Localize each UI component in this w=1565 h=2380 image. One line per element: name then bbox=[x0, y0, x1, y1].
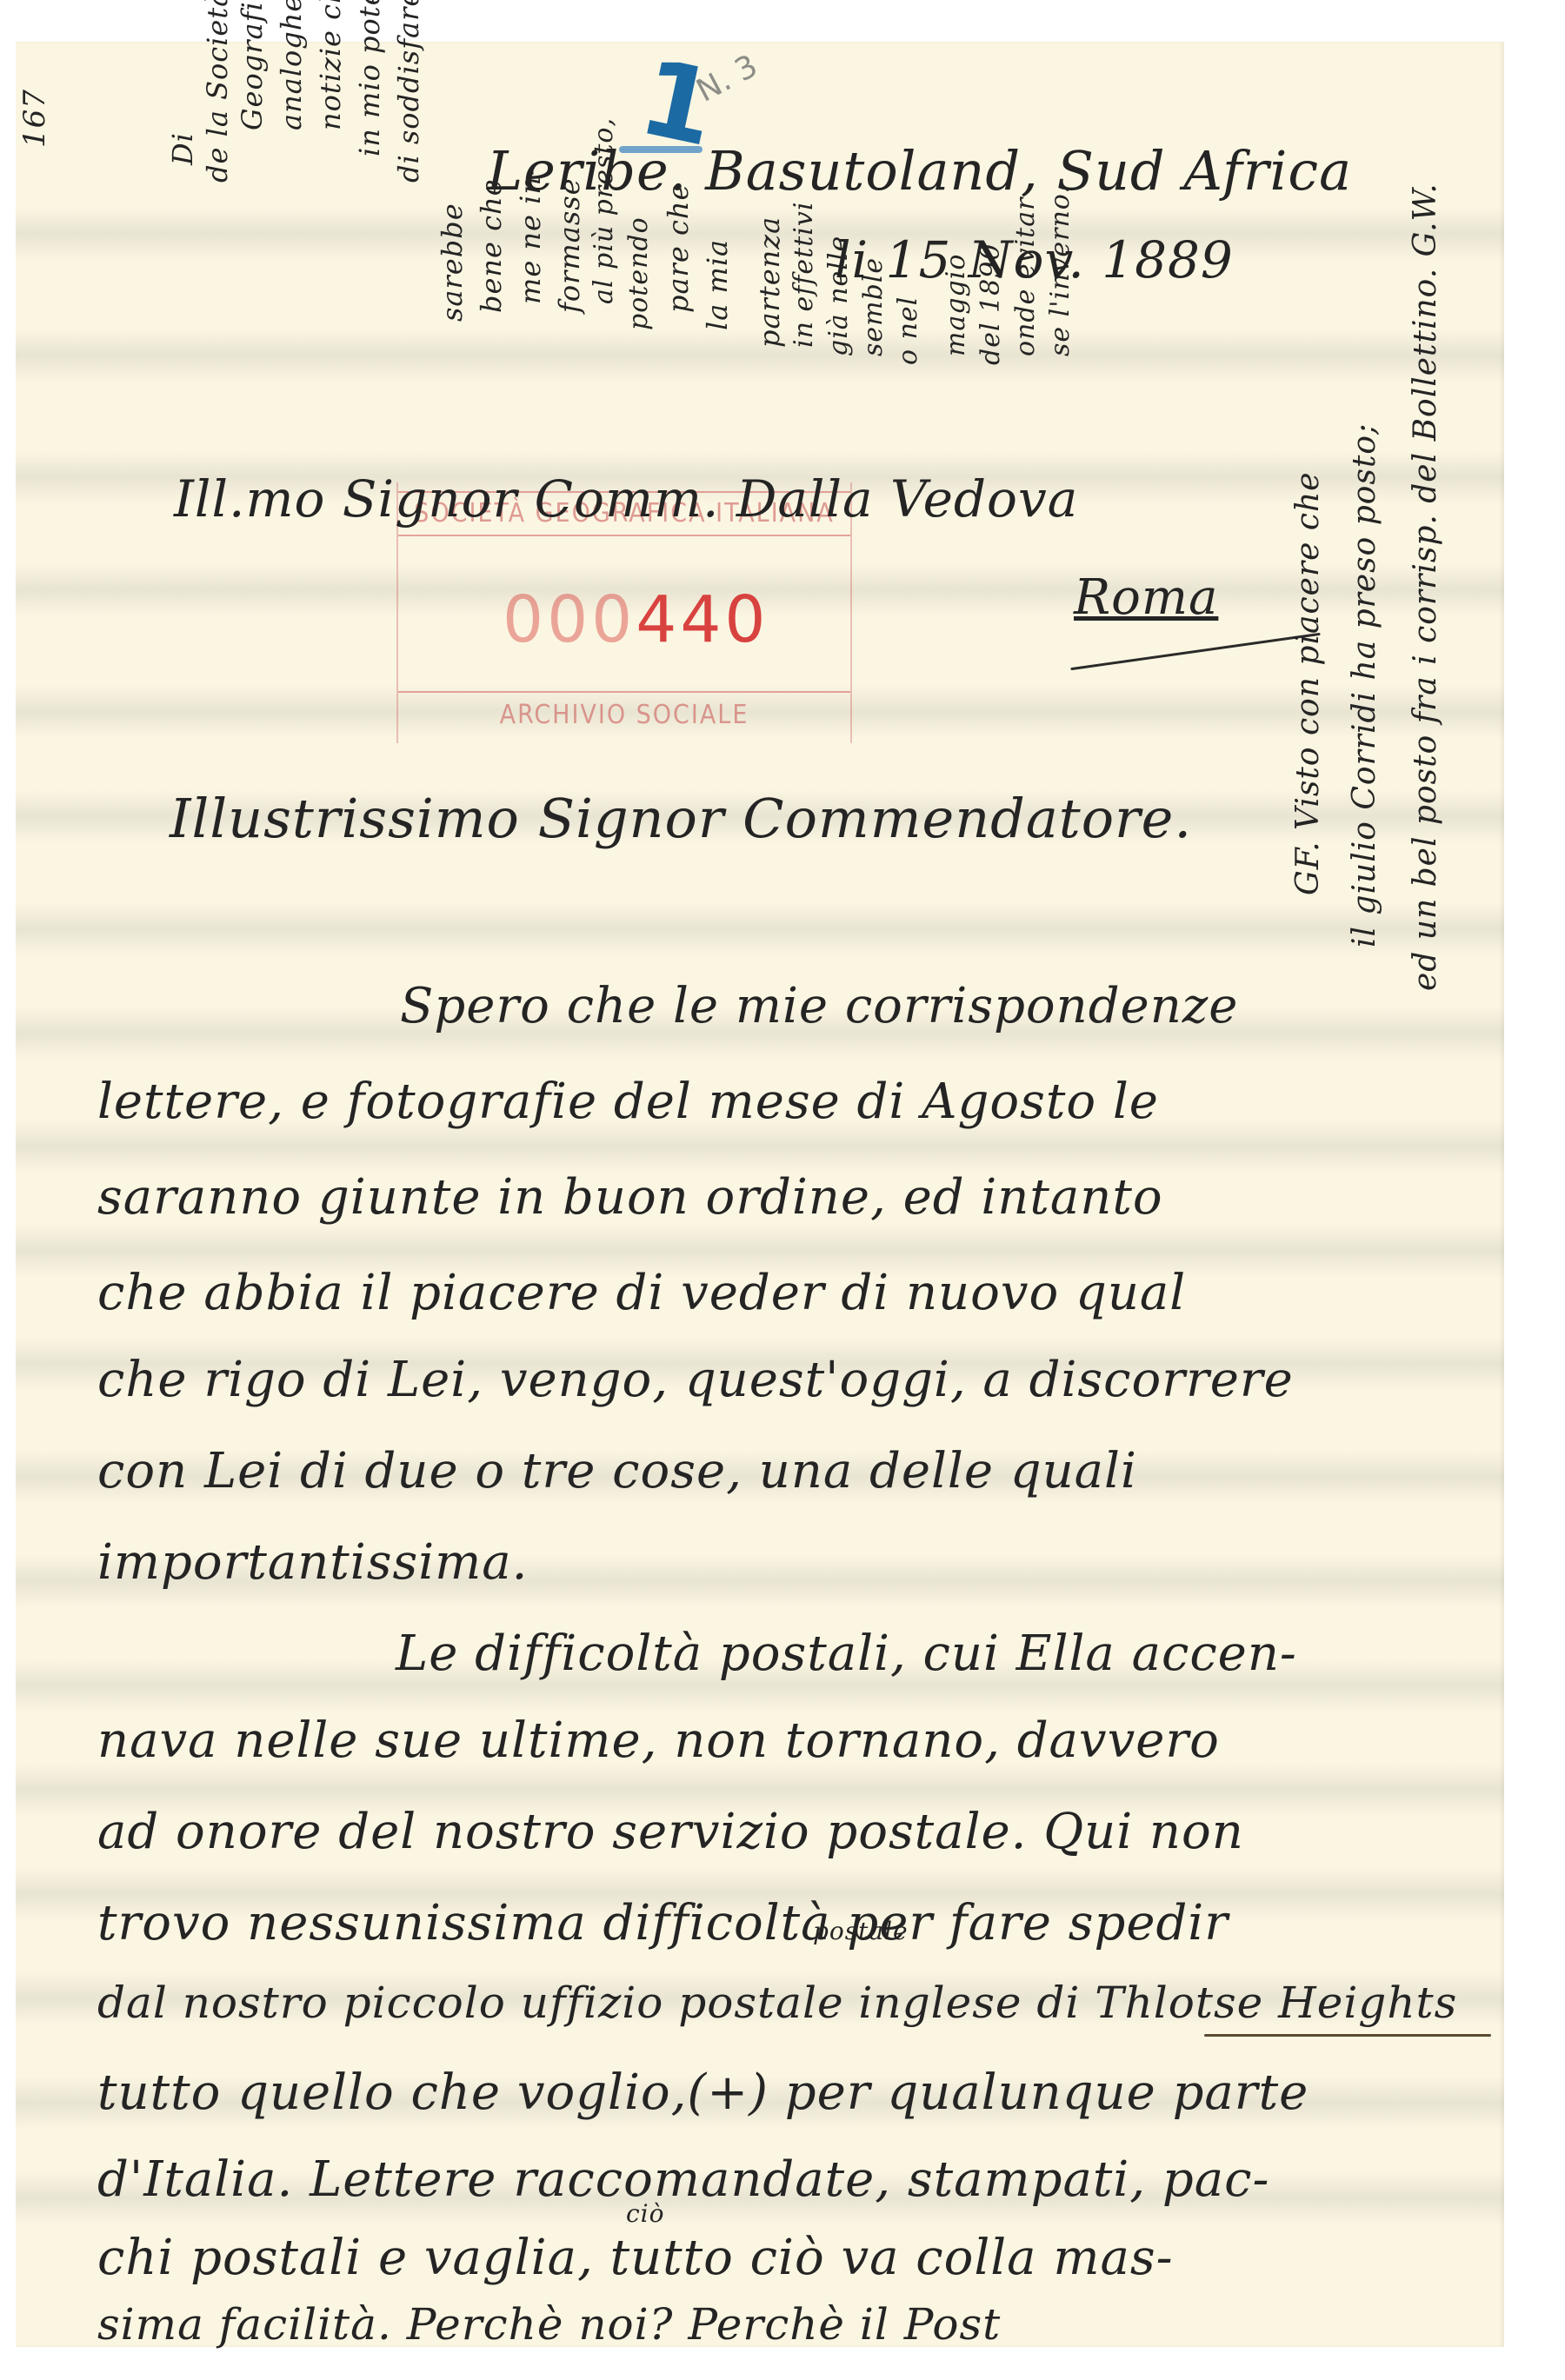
body-line: nava nelle sue ultime, non tornano, davv… bbox=[97, 1712, 1220, 1769]
body-line: Spero che le mie corrispondenze bbox=[400, 978, 1238, 1034]
body-line: dal nostro piccolo uffizio postale ingle… bbox=[97, 1978, 1457, 2028]
addressee-line: Ill.mo Signor Comm. Dalla Vedova bbox=[174, 469, 1078, 529]
body-line: lettere, e fotografie del mese di Agosto… bbox=[97, 1074, 1159, 1130]
body-line: importantissima. bbox=[97, 1534, 528, 1591]
body-line: d'Italia. Lettere raccomandate, stampati… bbox=[97, 2151, 1269, 2208]
body-line: Le difficoltà postali, cui Ella accen- bbox=[396, 1625, 1297, 1682]
body-line: che abbia il piacere di veder di nuovo q… bbox=[97, 1265, 1186, 1321]
underline-thlotse bbox=[1204, 2034, 1491, 2037]
body-line: ad onore del nostro servizio postale. Qu… bbox=[97, 1804, 1244, 1860]
stamp-bottom-text: ARCHIVIO SOCIALE bbox=[407, 700, 842, 730]
body-line: sima facilità. Perchè noi? Perchè il Pos… bbox=[97, 2299, 1001, 2350]
salutation: Illustrissimo Signor Commendatore. bbox=[170, 787, 1192, 850]
city-line: Roma bbox=[1074, 569, 1218, 626]
interlinear-insertion: postale bbox=[813, 1917, 909, 1945]
body-line: chi postali e vaglia, tutto ciò va colla… bbox=[97, 2230, 1174, 2286]
body-line: con Lei di due o tre cose, una delle qua… bbox=[97, 1443, 1137, 1499]
folio-number: 167 bbox=[17, 89, 52, 148]
body-line: trovo nessunissima difficoltà per fare s… bbox=[97, 1895, 1229, 1951]
body-line: saranno giunte in buon ordine, ed intant… bbox=[97, 1169, 1163, 1226]
interlinear-insertion: ciò bbox=[626, 2199, 665, 2228]
stamp-number: 000440 bbox=[503, 582, 769, 657]
body-line: tutto quello che voglio,(+) per qualunqu… bbox=[97, 2064, 1309, 2121]
bleed-through bbox=[16, 902, 1504, 956]
body-line: che rigo di Lei, vengo, quest'oggi, a di… bbox=[97, 1352, 1294, 1408]
